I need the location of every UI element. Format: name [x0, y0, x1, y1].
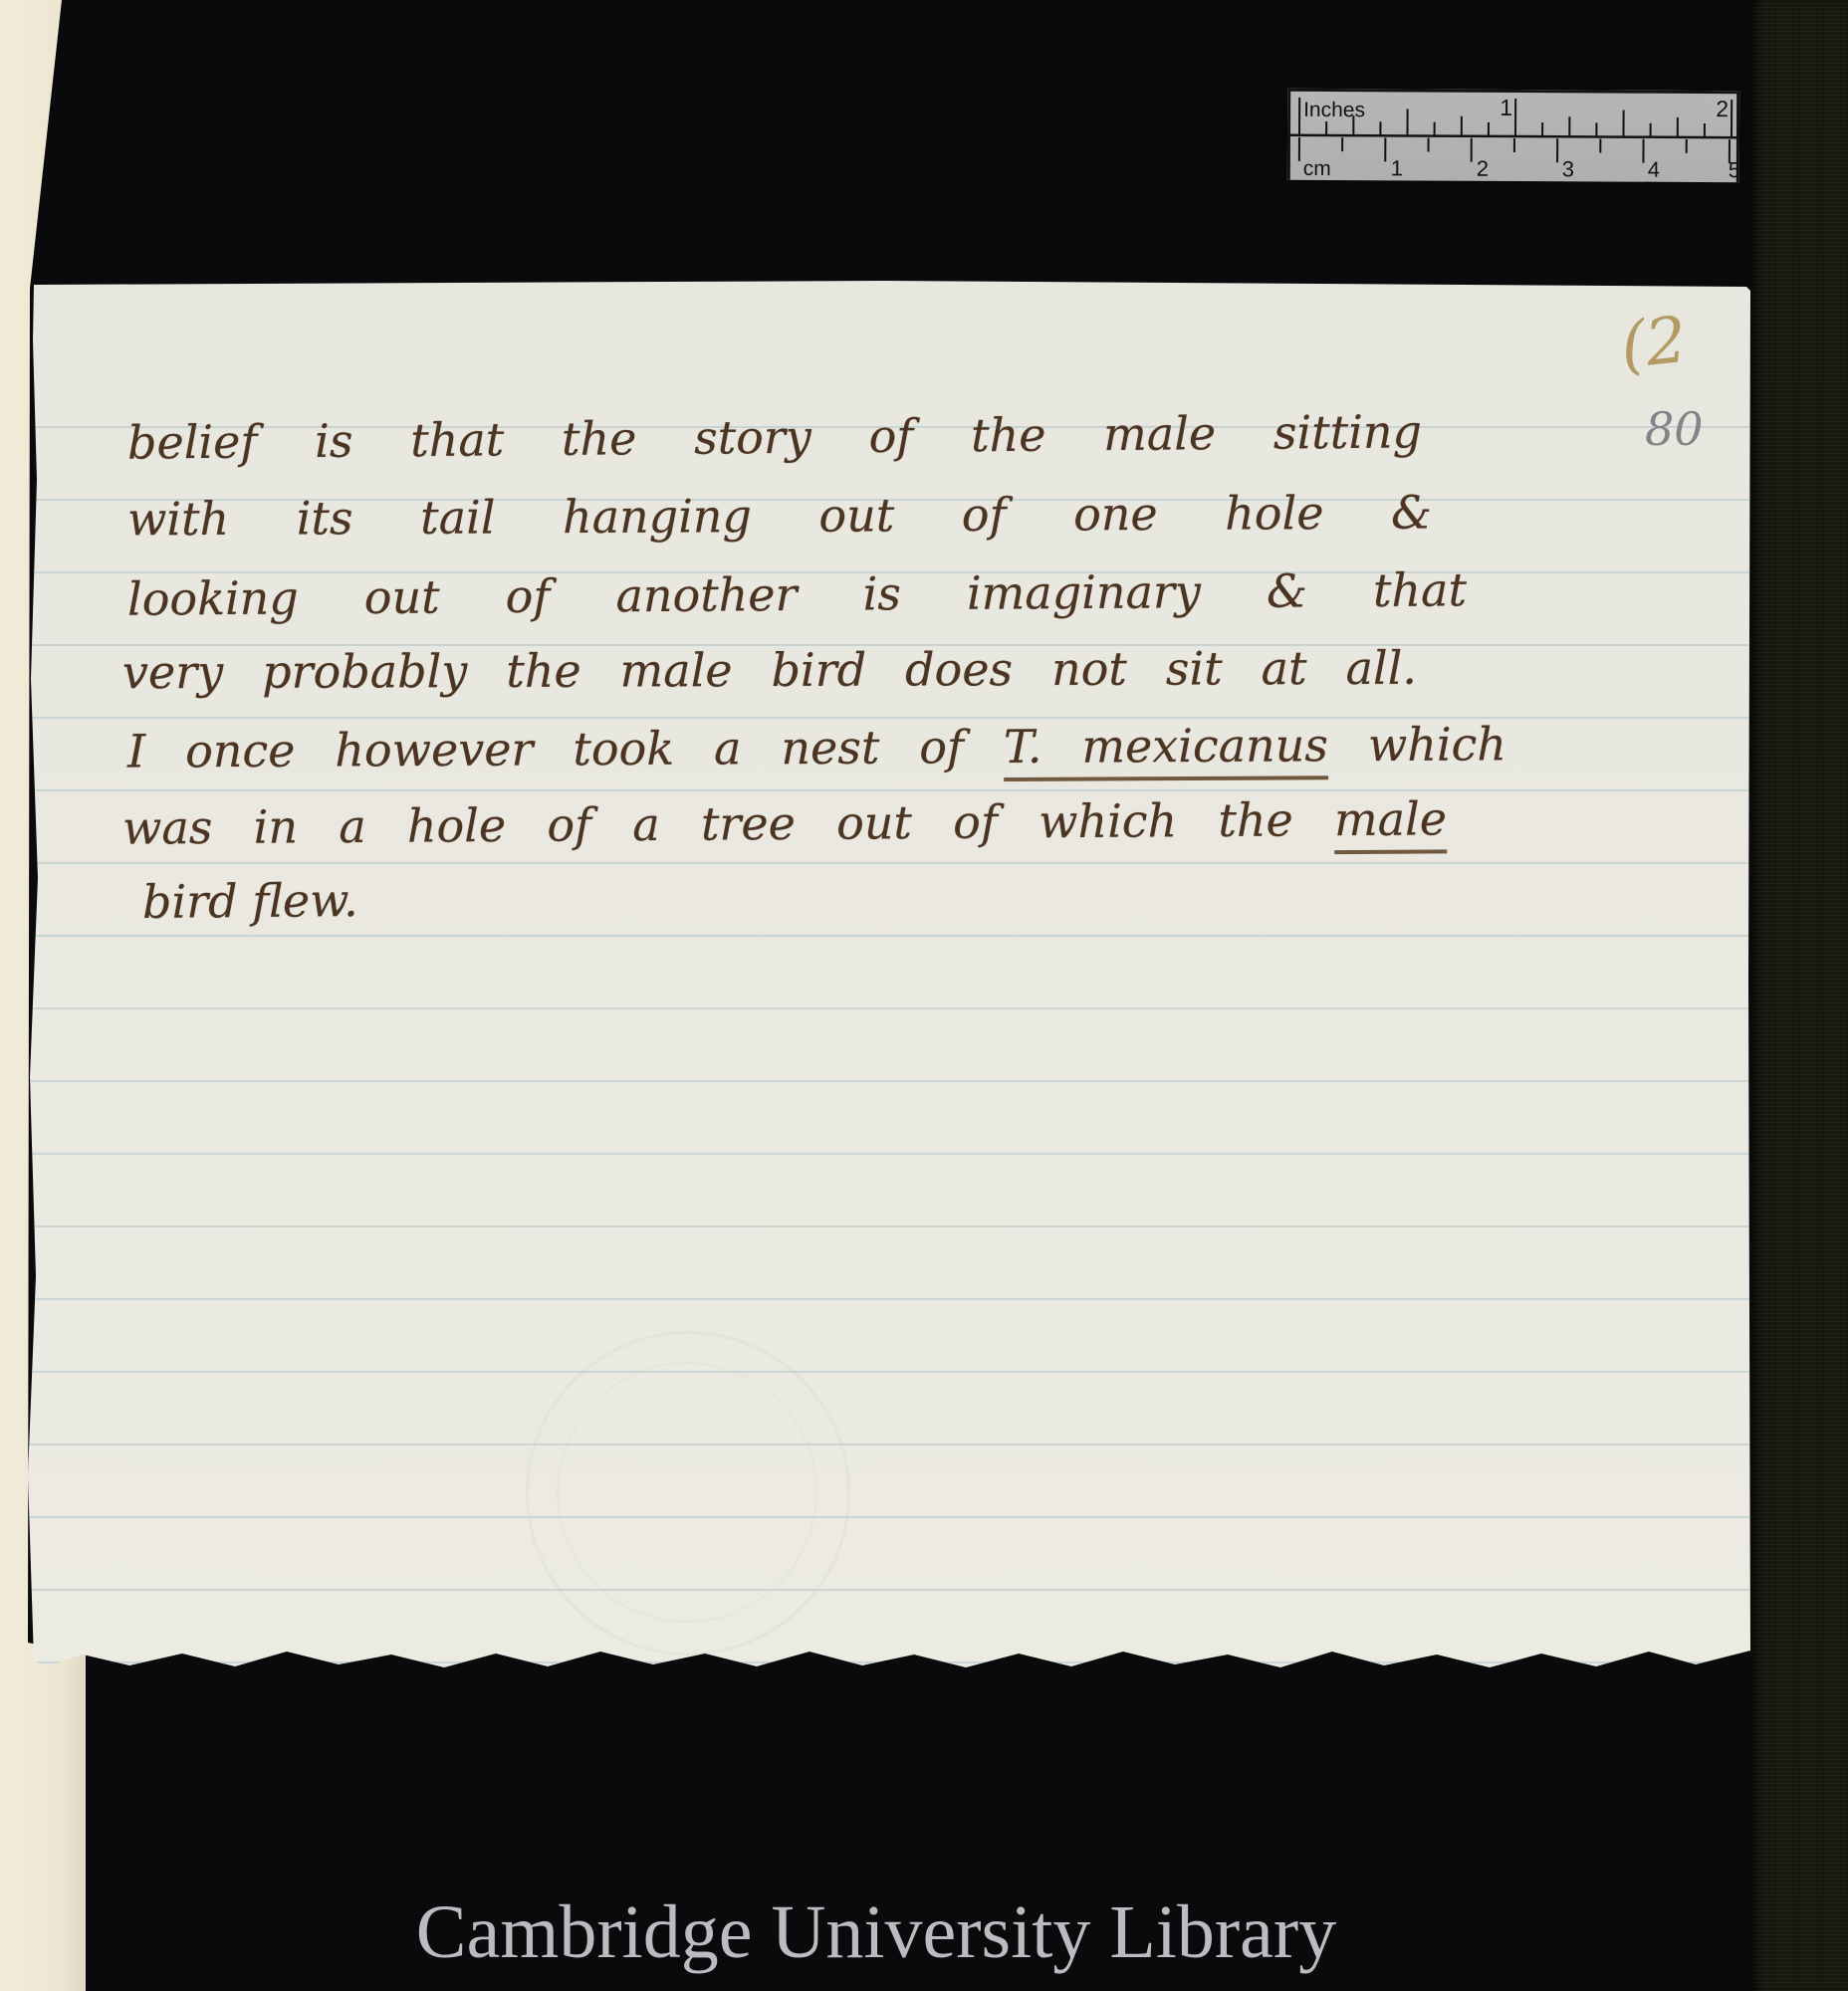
ruler-cm-label: cm	[1303, 157, 1331, 180]
underlined-word: male	[1334, 791, 1447, 854]
handwriting-line-5: I once however took a nest of T. mexican…	[127, 715, 1506, 781]
handwriting-text: which	[1328, 717, 1506, 772]
handwriting-text: I once however took a nest of	[127, 720, 1004, 778]
ruler-cm-number-2: 2	[1477, 156, 1489, 181]
handwriting-line-2: with its tail hanging out of one hole &	[127, 484, 1432, 551]
ruler-markings: Inches 1 2 cm 1 2 3 4 5	[1287, 89, 1739, 182]
folio-annotation-ink: (2	[1617, 304, 1690, 383]
handwriting-line-7: bird flew.	[142, 871, 358, 933]
folio-annotation-pencil: 80	[1645, 402, 1704, 456]
handwriting-text: with its tail hanging out of one hole &	[127, 486, 1432, 547]
handwriting-text: very probably the male bird does not sit…	[122, 641, 1417, 700]
embossed-stamp	[526, 1331, 850, 1656]
ruler-cm-number-4: 4	[1648, 157, 1660, 182]
handwriting-text: belief is that the story of the male sit…	[127, 404, 1422, 469]
handwriting-line-1: belief is that the story of the male sit…	[127, 402, 1422, 473]
underlined-species-name: T. mexicanus	[1004, 718, 1328, 781]
manuscript-paper: belief is that the story of the male sit…	[28, 281, 1750, 1672]
ruler-cm-number-3: 3	[1562, 156, 1574, 181]
ruler-inch-number-1: 1	[1500, 95, 1512, 120]
ruler-inches-label: Inches	[1303, 99, 1365, 121]
library-watermark: Cambridge University Library	[0, 1889, 1752, 1976]
ruler-cm-number-1: 1	[1391, 155, 1403, 180]
manuscript-scan: belief is that the story of the male sit…	[0, 0, 1848, 1991]
handwriting-line-4: very probably the male bird does not sit…	[122, 639, 1417, 703]
ruler-cm-number-5: 5	[1729, 157, 1739, 182]
handwriting-line-6: was in a hole of a tree out of which the…	[122, 789, 1447, 858]
handwriting-text: looking out of another is imaginary & th…	[127, 562, 1467, 625]
handwriting-line-3: looking out of another is imaginary & th…	[127, 560, 1467, 629]
handwriting-text: was in a hole of a tree out of which the	[122, 792, 1334, 854]
ruler-inch-number-2: 2	[1716, 96, 1729, 121]
embossed-stamp-inner-ring	[557, 1362, 817, 1623]
handwriting-text: bird flew.	[142, 873, 358, 929]
scale-ruler: Inches 1 2 cm 1 2 3 4 5	[1287, 89, 1739, 182]
book-cloth-band	[1752, 0, 1848, 1991]
